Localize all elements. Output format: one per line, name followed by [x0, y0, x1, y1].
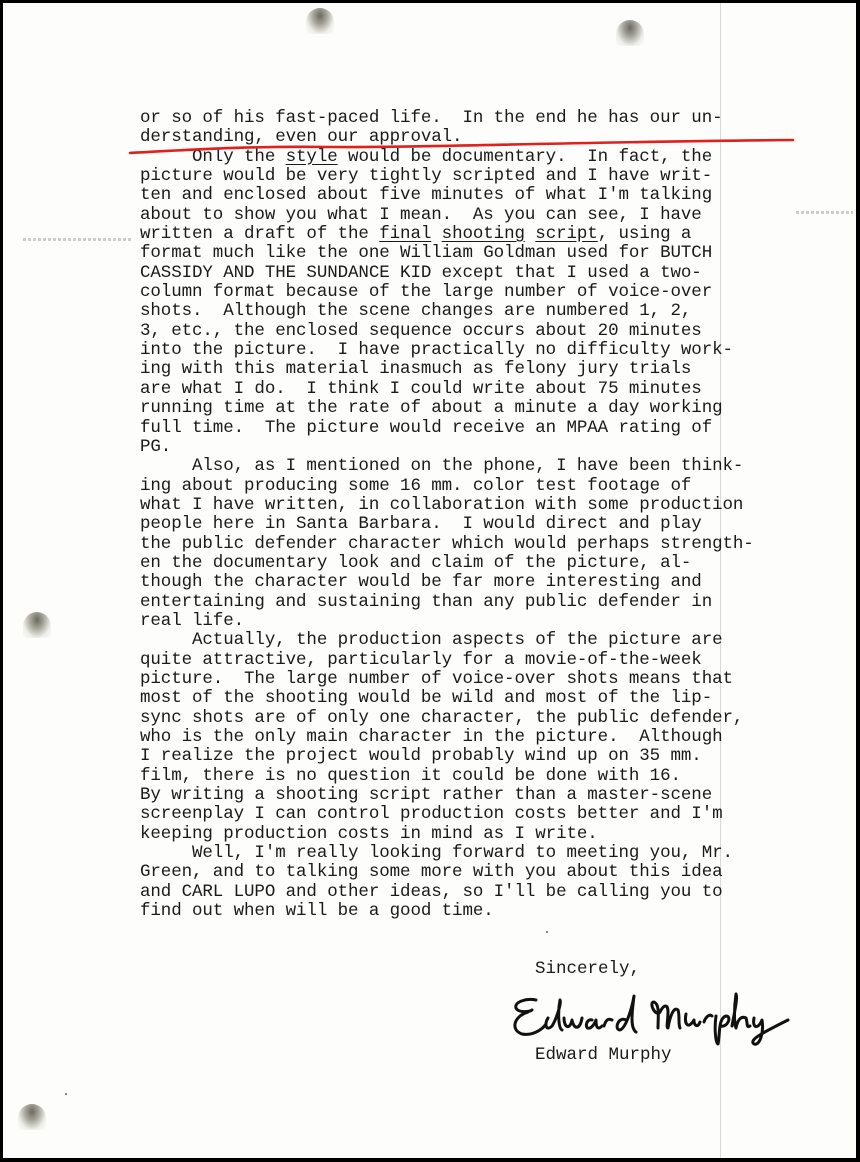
text-line: the public defender character which woul… [140, 535, 830, 554]
text-line: Actually, the production aspects of the … [140, 631, 830, 650]
text-line: keeping production costs in mind as I wr… [140, 825, 830, 844]
text-line: ing about producing some 16 mm. color te… [140, 477, 830, 496]
text-line: 3, etc., the enclosed sequence occurs ab… [140, 322, 830, 341]
text-line: I realize the project would probably win… [140, 747, 830, 766]
text-line: picture. The large number of voice-over … [140, 670, 830, 689]
speck [546, 931, 548, 933]
letter-page: or so of his fast-paced life. In the end… [3, 3, 856, 1158]
text-line: people here in Santa Barbara. I would di… [140, 515, 830, 534]
text-line: format much like the one William Goldman… [140, 244, 830, 263]
text-line: full time. The picture would receive an … [140, 419, 830, 438]
text-line: real life. [140, 612, 830, 631]
text-line: Green, and to talking some more with you… [140, 863, 830, 882]
text-line: find out when will be a good time. [140, 902, 830, 921]
text-line: are what I do. I think I could write abo… [140, 380, 830, 399]
text-line: who is the only main character in the pi… [140, 728, 830, 747]
scan-artifact-left [23, 238, 133, 241]
punch-hole-top-right [616, 20, 644, 46]
text-line: quite attractive, particularly for a mov… [140, 651, 830, 670]
text-line: ing with this material inasmuch as felon… [140, 360, 830, 379]
text-line: By writing a shooting script rather than… [140, 786, 830, 805]
underlined-word: script [535, 224, 597, 244]
letter-body: or so of his fast-paced life. In the end… [140, 109, 830, 921]
punch-hole-left-middle [23, 612, 51, 638]
text-line: shots. Although the scene changes are nu… [140, 302, 830, 321]
text-line: Well, I'm really looking forward to meet… [140, 844, 830, 863]
underlined-word: final [379, 224, 431, 244]
underlined-word: shooting [442, 224, 525, 244]
text-line: ten and enclosed about five minutes of w… [140, 186, 830, 205]
text-line: though the character would be far more i… [140, 573, 830, 592]
text-line: most of the shooting would be wild and m… [140, 689, 830, 708]
speck [65, 1093, 67, 1095]
text-line: Also, as I mentioned on the phone, I hav… [140, 457, 830, 476]
text-line: PG. [140, 438, 830, 457]
text-line: running time at the rate of about a minu… [140, 399, 830, 418]
text-line: CASSIDY AND THE SUNDANCE KID except that… [140, 264, 830, 283]
text-line: Only the style would be documentary. In … [140, 148, 830, 167]
handwritten-signature [508, 988, 798, 1048]
text-line: screenplay I can control production cost… [140, 805, 830, 824]
text-line: or so of his fast-paced life. In the end… [140, 109, 830, 128]
text-line: sync shots are of only one character, th… [140, 709, 830, 728]
text-line: and CARL LUPO and other ideas, so I'll b… [140, 883, 830, 902]
text-line: en the documentary look and claim of the… [140, 554, 830, 573]
punch-hole-left-bottom [18, 1104, 46, 1130]
text-line: picture would be very tightly scripted a… [140, 167, 830, 186]
closing-salutation: Sincerely, [535, 959, 640, 979]
text-line: into the picture. I have practically no … [140, 341, 830, 360]
text-line: film, there is no question it could be d… [140, 767, 830, 786]
text-line: written a draft of the final shooting sc… [140, 225, 830, 244]
text-line: about to show you what I mean. As you ca… [140, 206, 830, 225]
signer-name: Edward Murphy [535, 1045, 672, 1065]
text-line: column format because of the large numbe… [140, 283, 830, 302]
text-line: derstanding, even our approval. [140, 128, 830, 147]
underlined-word: style [286, 147, 338, 167]
text-line: entertaining and sustaining than any pub… [140, 593, 830, 612]
text-line: what I have written, in collaboration wi… [140, 496, 830, 515]
punch-hole-top-left [306, 8, 334, 34]
